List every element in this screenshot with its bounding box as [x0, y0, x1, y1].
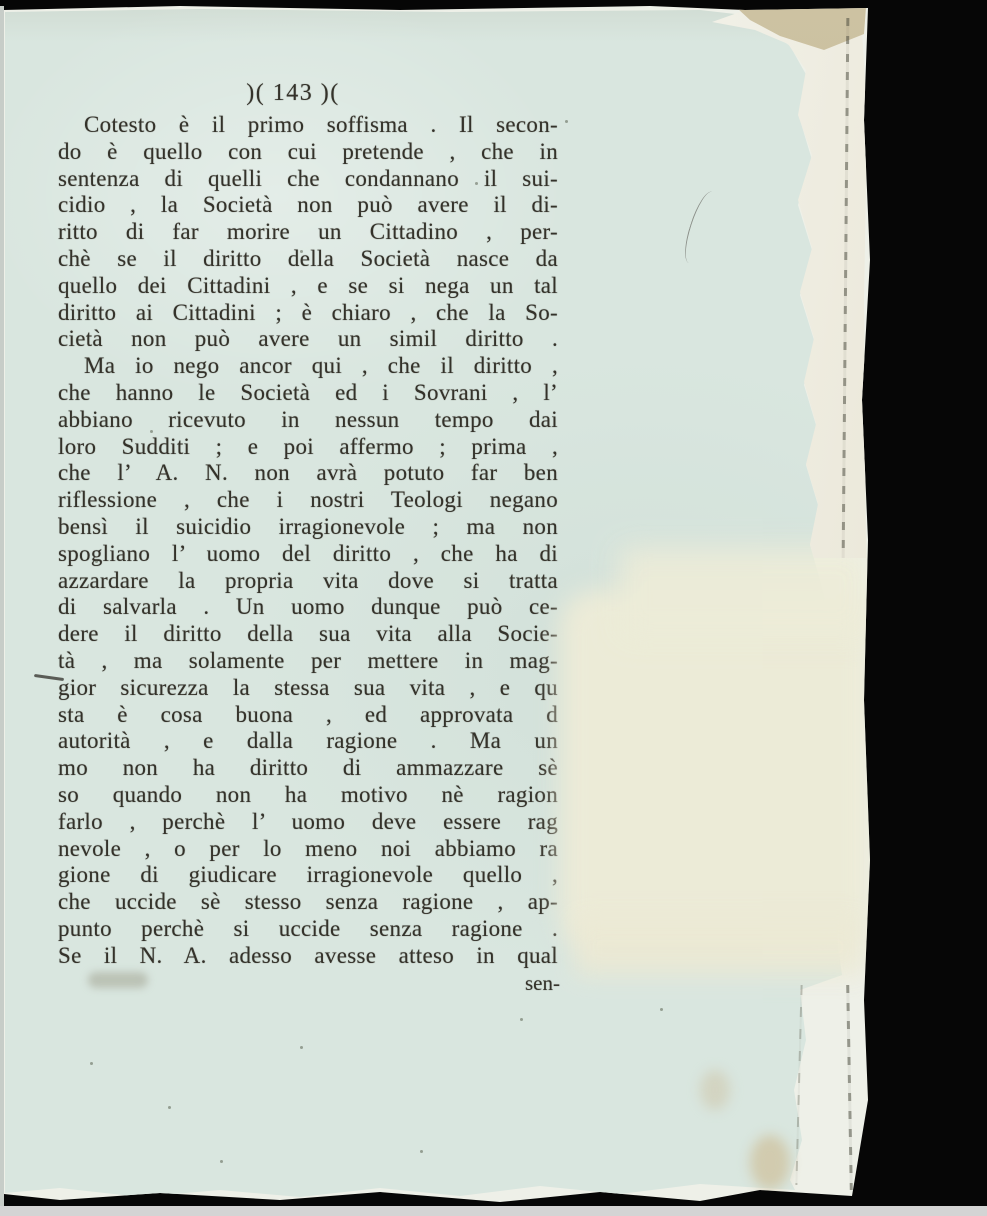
page-number-header: )( 143 )(	[58, 80, 528, 107]
stain	[700, 1070, 730, 1110]
text-line: tà , ma solamente per mettere in mag-	[58, 648, 558, 675]
scan-smear-artifact	[575, 918, 865, 976]
text-line: spogliano l’ uomo del diritto , che ha d…	[58, 541, 558, 568]
text-line: che uccide sè stesso senza ragione , ap-	[58, 889, 558, 916]
paper-speck	[90, 1062, 93, 1065]
ink-ghost-smudge	[88, 972, 148, 988]
text-line: sentenza di quelli che condannano il sui…	[58, 166, 558, 193]
text-line: diritto ai Cittadini ; è chiaro , che la…	[58, 300, 558, 327]
text-line: che hanno le Società ed i Sovrani , l’	[58, 380, 558, 407]
text-line: so quando non ha motivo nè ragion	[58, 782, 558, 809]
catchword: sen-	[525, 971, 560, 996]
text-line: di salvarla . Un uomo dunque può ce-	[58, 594, 558, 621]
paper-speck	[565, 120, 568, 123]
text-line: Se il N. A. adesso avesse atteso in qual	[58, 943, 558, 970]
paper-speck	[168, 1106, 171, 1109]
text-line: azzardare la propria vita dove si tratta	[58, 568, 558, 595]
text-line: mo non ha diritto di ammazzare sè	[58, 755, 558, 782]
text-line: gior sicurezza la stessa sua vita , e qu	[58, 675, 558, 702]
text-line: autorità , e dalla ragione . Ma un	[58, 728, 558, 755]
text-line: abbiano ricevuto in nessun tempo dai	[58, 407, 558, 434]
paper-speck	[420, 1150, 423, 1153]
text-line: bensì il suicidio irragionevole ; ma non	[58, 514, 558, 541]
paper-speck	[300, 250, 303, 253]
paper-speck	[475, 182, 478, 185]
scan-smear-artifact	[620, 548, 870, 638]
stain	[750, 1135, 790, 1190]
paper-speck	[95, 560, 98, 563]
page-torn-backing: )( 143 )( Cotesto è il primo soffisma . …	[0, 0, 987, 1216]
scanned-book-page: )( 143 )( Cotesto è il primo soffisma . …	[0, 0, 987, 1216]
text-line: riflessione , che i nostri Teologi negan…	[58, 487, 558, 514]
text-line: ritto di far morire un Cittadino , per-	[58, 219, 558, 246]
text-line: dere il diritto della sua vita alla Soci…	[58, 621, 558, 648]
text-line: sta è cosa buona , ed approvata d	[58, 702, 558, 729]
text-line: punto perchè si uccide senza ragione .	[58, 916, 558, 943]
text-line: cidio , la Società non può avere il di-	[58, 192, 558, 219]
torn-edge-line	[846, 985, 853, 1190]
text-line: cietà non può avere un simil diritto .	[58, 326, 558, 353]
text-line: gione di giudicare irragionevole quello …	[58, 862, 558, 889]
scanner-frame-left	[0, 6, 4, 1208]
text-line: loro Sudditi ; e poi affermo ; prima ,	[58, 434, 558, 461]
paper-speck	[660, 1008, 663, 1011]
page-text: Cotesto è il primo soffisma . Il secon-d…	[58, 112, 558, 970]
text-line: chè se il diritto della Società nasce da	[58, 246, 558, 273]
text-line: Cotesto è il primo soffisma . Il secon-	[58, 112, 558, 139]
text-line: nevole , o per lo meno noi abbiamo ra	[58, 836, 558, 863]
scan-smear-artifact	[560, 590, 870, 950]
paper-speck	[300, 1046, 303, 1049]
text-line: do è quello con cui pretende , che in	[58, 139, 558, 166]
text-line: quello dei Cittadini , e se si nega un t…	[58, 273, 558, 300]
paper-speck	[520, 1018, 523, 1021]
scanner-frame-bottom	[0, 1206, 987, 1216]
text-line: che l’ A. N. non avrà potuto far ben	[58, 460, 558, 487]
paper-speck	[150, 430, 153, 433]
paper-speck	[220, 1160, 223, 1163]
text-line: farlo , perchè l’ uomo deve essere rag	[58, 809, 558, 836]
text-line: Ma io nego ancor qui , che il diritto ,	[58, 353, 558, 380]
